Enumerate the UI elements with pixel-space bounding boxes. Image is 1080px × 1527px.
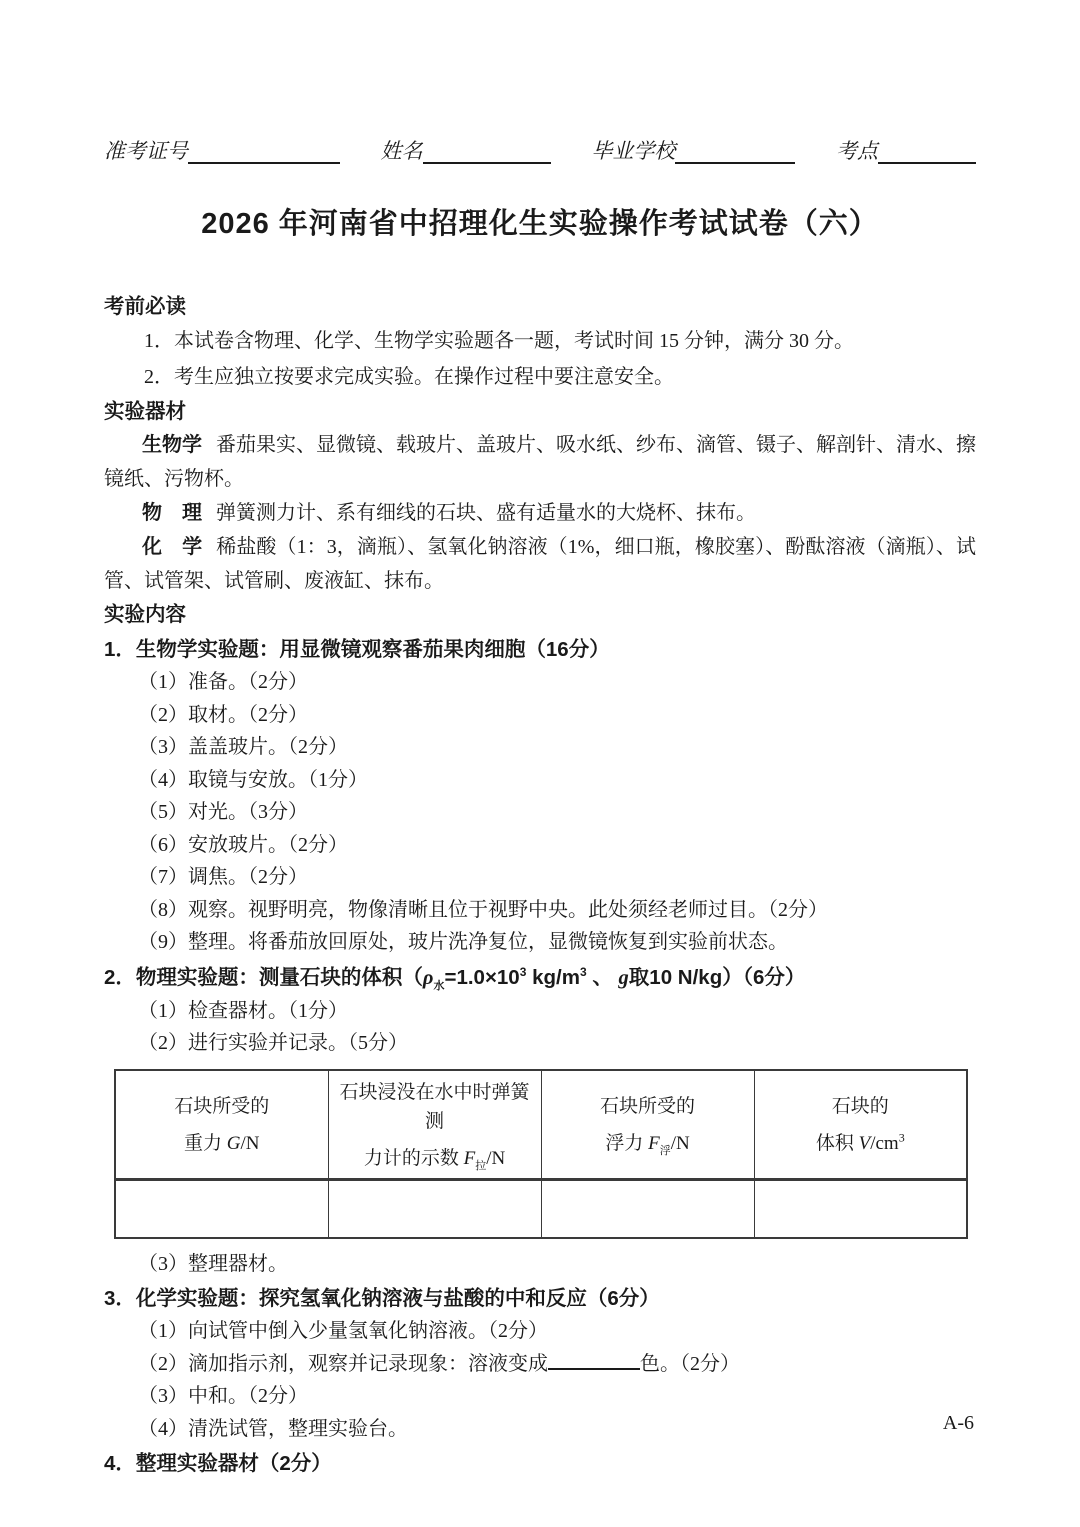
equipment-physics-row: 物 理弹簧测力计、系有细线的石块、盛有适量水的大烧杯、抹布。 xyxy=(104,496,976,530)
q3-step-2: （2）滴加指示剂，观察并记录现象：溶液变成色。（2分） xyxy=(104,1348,976,1381)
candidate-info-header: 准考证号 姓名 毕业学校 考点 xyxy=(104,134,976,164)
rho-symbol: ρ xyxy=(423,967,434,989)
notice-heading: 考前必读 xyxy=(104,290,976,323)
table-header-spring-reading: 石块浸没在水中时弹簧测 力计的示数 F拉/N xyxy=(328,1070,541,1180)
exponent-3: 3 xyxy=(899,1131,905,1145)
physics-equipment-list: 弹簧测力计、系有细线的石块、盛有适量水的大烧杯、抹布。 xyxy=(216,502,756,524)
page-number: A-6 xyxy=(943,1412,974,1435)
F-symbol: F xyxy=(464,1148,476,1169)
equipment-heading: 实验器材 xyxy=(104,395,976,428)
table-blank-cell-buoyancy xyxy=(541,1179,754,1238)
buoyancy-unit: /N xyxy=(671,1133,690,1154)
q3-heading: 3．化学实验题：探究氢氧化钠溶液与盐酸的中和反应（6分） xyxy=(104,1282,976,1315)
biology-equipment-list: 番茄果实、显微镜、载玻片、盖玻片、吸水纸、纱布、滴管、镊子、解剖针、清水、擦镜纸… xyxy=(104,434,976,490)
name-label: 姓名 xyxy=(381,138,423,164)
admission-ticket-field: 准考证号 xyxy=(104,138,340,164)
table-blank-cell-volume xyxy=(754,1179,967,1238)
F-subscript-pull: 拉 xyxy=(475,1160,486,1172)
table-blank-cell-spring xyxy=(328,1179,541,1238)
spring-unit: /N xyxy=(486,1148,505,1169)
q2-density-unit: kg/m xyxy=(526,966,580,989)
table-header-volume: 石块的 体积 V/cm3 xyxy=(754,1070,967,1180)
gravity-text: 重力 xyxy=(184,1133,227,1154)
exam-site-blank-line xyxy=(878,138,976,164)
name-field: 姓名 xyxy=(381,138,551,164)
q3-step-2-suffix: 色。（2分） xyxy=(640,1353,740,1375)
equipment-chemistry-row: 化 学稀盐酸（1：3，滴瓶）、氢氧化钠溶液（1%，细口瓶，橡胶塞）、酚酞溶液（滴… xyxy=(104,530,976,598)
notice-item-2: 2．考生应独立按要求完成实验。在操作过程中要注意安全。 xyxy=(104,359,976,395)
q1-step-6: （6）安放玻片。（2分） xyxy=(104,829,976,862)
header-gravity-line1: 石块所受的 xyxy=(120,1092,324,1121)
page-title: 2026 年河南省中招理化生实验操作考试试卷（六） xyxy=(104,204,976,244)
q3-step-4: （4）清洗试管，整理实验台。 xyxy=(104,1413,976,1446)
table-header-buoyancy: 石块所受的 浮力 F浮/N xyxy=(541,1070,754,1180)
chemistry-label: 化 学 xyxy=(142,536,202,558)
exam-site-label: 考点 xyxy=(836,138,878,164)
physics-label: 物 理 xyxy=(142,502,202,524)
table-header-gravity: 石块所受的 重力 G/N xyxy=(115,1070,328,1180)
q1-step-4: （4）取镜与安放。（1分） xyxy=(104,764,976,797)
q4-heading: 4．整理实验器材（2分） xyxy=(104,1447,976,1480)
admission-ticket-blank-line xyxy=(188,138,340,164)
F-symbol: F xyxy=(648,1133,660,1154)
q2-heading: 2．物理实验题：测量石块的体积（ρ水=1.0×103 kg/m3 、 g取10 … xyxy=(104,961,976,995)
table-data-row xyxy=(115,1179,967,1238)
name-blank-line xyxy=(423,138,551,164)
q1-step-8: （8）观察。视野明亮，物像清晰且位于视野中央。此处须经老师过目。（2分） xyxy=(104,894,976,927)
q2-heading-tail: 取10 N/kg）（6分） xyxy=(629,966,806,989)
q3-step-3: （3）中和。（2分） xyxy=(104,1380,976,1413)
exam-site-field: 考点 xyxy=(836,138,976,164)
school-blank-line xyxy=(675,138,795,164)
school-label: 毕业学校 xyxy=(591,138,675,164)
header-spring-line2: 力计的示数 F拉/N xyxy=(333,1144,537,1173)
q3-step-1: （1）向试管中倒入少量氢氧化钠溶液。（2分） xyxy=(104,1315,976,1348)
content-heading: 实验内容 xyxy=(104,598,976,631)
school-field: 毕业学校 xyxy=(591,138,795,164)
exponent-3: 3 xyxy=(580,965,587,979)
q2-separator: 、 xyxy=(587,966,619,989)
notice-item-1: 1．本试卷含物理、化学、生物学实验题各一题，考试时间 15 分钟，满分 30 分… xyxy=(104,323,976,359)
equipment-biology-row: 生物学番茄果实、显微镜、载玻片、盖玻片、吸水纸、纱布、滴管、镊子、解剖针、清水、… xyxy=(104,428,976,496)
q2-step-1: （1）检查器材。（1分） xyxy=(104,995,976,1028)
biology-label: 生物学 xyxy=(142,434,202,456)
gravity-unit: /N xyxy=(241,1133,260,1154)
q1-step-5: （5）对光。（3分） xyxy=(104,796,976,829)
g-symbol: g xyxy=(619,967,629,989)
G-symbol: G xyxy=(227,1133,241,1154)
q1-step-1: （1）准备。（2分） xyxy=(104,666,976,699)
exam-paper-page: 准考证号 姓名 毕业学校 考点 2026 年河南省中招理化生实验操作考试试卷（六… xyxy=(0,0,1080,1527)
q1-step-2: （2）取材。（2分） xyxy=(104,699,976,732)
physics-record-table: 石块所受的 重力 G/N 石块浸没在水中时弹簧测 力计的示数 F拉/N 石块所受… xyxy=(114,1069,968,1239)
answer-blank-line xyxy=(548,1348,640,1370)
q3-step-2-prefix: （2）滴加指示剂，观察并记录现象：溶液变成 xyxy=(138,1353,548,1375)
buoyancy-text: 浮力 xyxy=(605,1133,648,1154)
q2-density-value: =1.0×10 xyxy=(444,966,519,989)
q2-heading-prefix: 2．物理实验题：测量石块的体积（ xyxy=(104,966,423,989)
q2-step-2: （2）进行实验并记录。（5分） xyxy=(104,1027,976,1060)
volume-text: 体积 xyxy=(816,1133,859,1154)
q1-heading: 1．生物学实验题：用显微镜观察番茄果肉细胞（16分） xyxy=(104,633,976,666)
q1-step-7: （7）调焦。（2分） xyxy=(104,861,976,894)
page-content: 准考证号 姓名 毕业学校 考点 2026 年河南省中招理化生实验操作考试试卷（六… xyxy=(104,0,976,1480)
header-gravity-line2: 重力 G/N xyxy=(120,1129,324,1158)
header-spring-line1: 石块浸没在水中时弹簧测 xyxy=(333,1078,537,1136)
header-buoyancy-line2: 浮力 F浮/N xyxy=(546,1129,750,1158)
F-subscript-float: 浮 xyxy=(660,1145,671,1157)
rho-subscript-water: 水 xyxy=(433,980,444,992)
chemistry-equipment-list: 稀盐酸（1：3，滴瓶）、氢氧化钠溶液（1%，细口瓶，橡胶塞）、酚酞溶液（滴瓶）、… xyxy=(104,536,976,592)
header-volume-line1: 石块的 xyxy=(759,1092,963,1121)
spring-text: 力计的示数 xyxy=(364,1148,464,1169)
q2-step-3: （3）整理器材。 xyxy=(104,1248,976,1281)
admission-ticket-label: 准考证号 xyxy=(104,138,188,164)
header-volume-line2: 体积 V/cm3 xyxy=(759,1129,963,1158)
V-symbol: V xyxy=(859,1133,871,1154)
table-header-row: 石块所受的 重力 G/N 石块浸没在水中时弹簧测 力计的示数 F拉/N 石块所受… xyxy=(115,1070,967,1180)
header-buoyancy-line1: 石块所受的 xyxy=(546,1092,750,1121)
q1-step-9: （9）整理。将番茄放回原处，玻片洗净复位，显微镜恢复到实验前状态。 xyxy=(104,926,976,959)
q1-step-3: （3）盖盖玻片。（2分） xyxy=(104,731,976,764)
volume-unit: /cm xyxy=(870,1133,899,1154)
table-blank-cell-gravity xyxy=(115,1179,328,1238)
